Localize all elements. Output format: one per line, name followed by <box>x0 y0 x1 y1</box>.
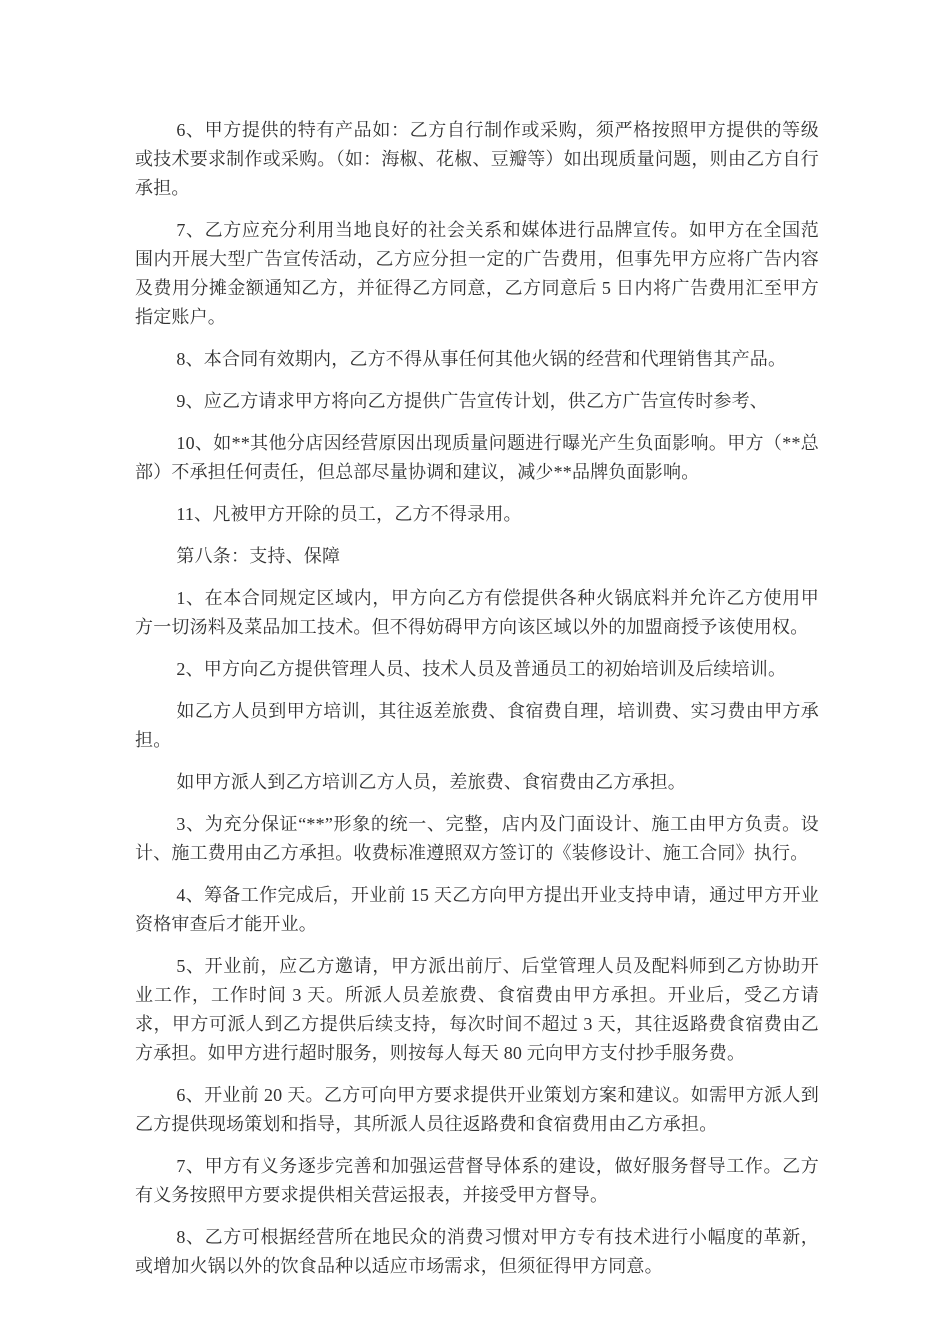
paragraph-5-opening-support: 5、开业前，应乙方邀请，甲方派出前厅、后堂管理人员及配料师到乙方协助开业工作，工… <box>135 952 819 1068</box>
paragraph-1-soup-base-license: 1、在本合同规定区域内，甲方向乙方有偿提供各种火锅底料并允许乙方使用甲方一切汤料… <box>135 584 819 642</box>
paragraph-6-special-products: 6、甲方提供的特有产品如：乙方自行制作或采购，须严格按照甲方提供的等级或技术要求… <box>135 116 819 203</box>
paragraph-10-negative-publicity: 10、如**其他分店因经营原因出现质量问题进行曝光产生负面影响。甲方（**总部）… <box>135 429 819 487</box>
paragraph-6-opening-planning: 6、开业前 20 天。乙方可向甲方要求提供开业策划方案和建议。如需甲方派人到乙方… <box>135 1081 819 1139</box>
paragraph-4-opening-application: 4、筹备工作完成后，开业前 15 天乙方向甲方提出开业支持申请，通过甲方开业资格… <box>135 881 819 939</box>
paragraph-7-supervision-system: 7、甲方有义务逐步完善和加强运营督导体系的建设，做好服务督导工作。乙方有义务按照… <box>135 1152 819 1210</box>
paragraph-2-training: 2、甲方向乙方提供管理人员、技术人员及普通员工的初始培训及后续培训。 <box>135 655 819 684</box>
paragraph-11-dismissed-staff: 11、凡被甲方开除的员工，乙方不得录用。 <box>135 500 819 529</box>
paragraph-8-local-innovation: 8、乙方可根据经营所在地民众的消费习惯对甲方专有技术进行小幅度的革新，或增加火锅… <box>135 1223 819 1281</box>
paragraph-9-ad-plan: 9、应乙方请求甲方将向乙方提供广告宣传计划，供乙方广告宣传时参考、 <box>135 387 819 416</box>
heading-article-8-support-guarantee: 第八条：支持、保障 <box>135 542 819 571</box>
paragraph-training-at-party-b: 如甲方派人到乙方培训乙方人员，差旅费、食宿费由乙方承担。 <box>135 768 819 797</box>
paragraph-8-exclusivity: 8、本合同有效期内，乙方不得从事任何其他火锅的经营和代理销售其产品。 <box>135 345 819 374</box>
contract-text-block: 6、甲方提供的特有产品如：乙方自行制作或采购，须严格按照甲方提供的等级或技术要求… <box>135 116 819 1294</box>
paragraph-7-brand-promotion: 7、乙方应充分利用当地良好的社会关系和媒体进行品牌宣传。如甲方在全国范围内开展大… <box>135 216 819 332</box>
contract-document-page: 6、甲方提供的特有产品如：乙方自行制作或采购，须严格按照甲方提供的等级或技术要求… <box>0 0 950 1344</box>
paragraph-3-store-design: 3、为充分保证“**”形象的统一、完整，店内及门面设计、施工由甲方负责。设计、施… <box>135 810 819 868</box>
paragraph-training-at-party-a: 如乙方人员到甲方培训，其往返差旅费、食宿费自理，培训费、实习费由甲方承担。 <box>135 697 819 755</box>
